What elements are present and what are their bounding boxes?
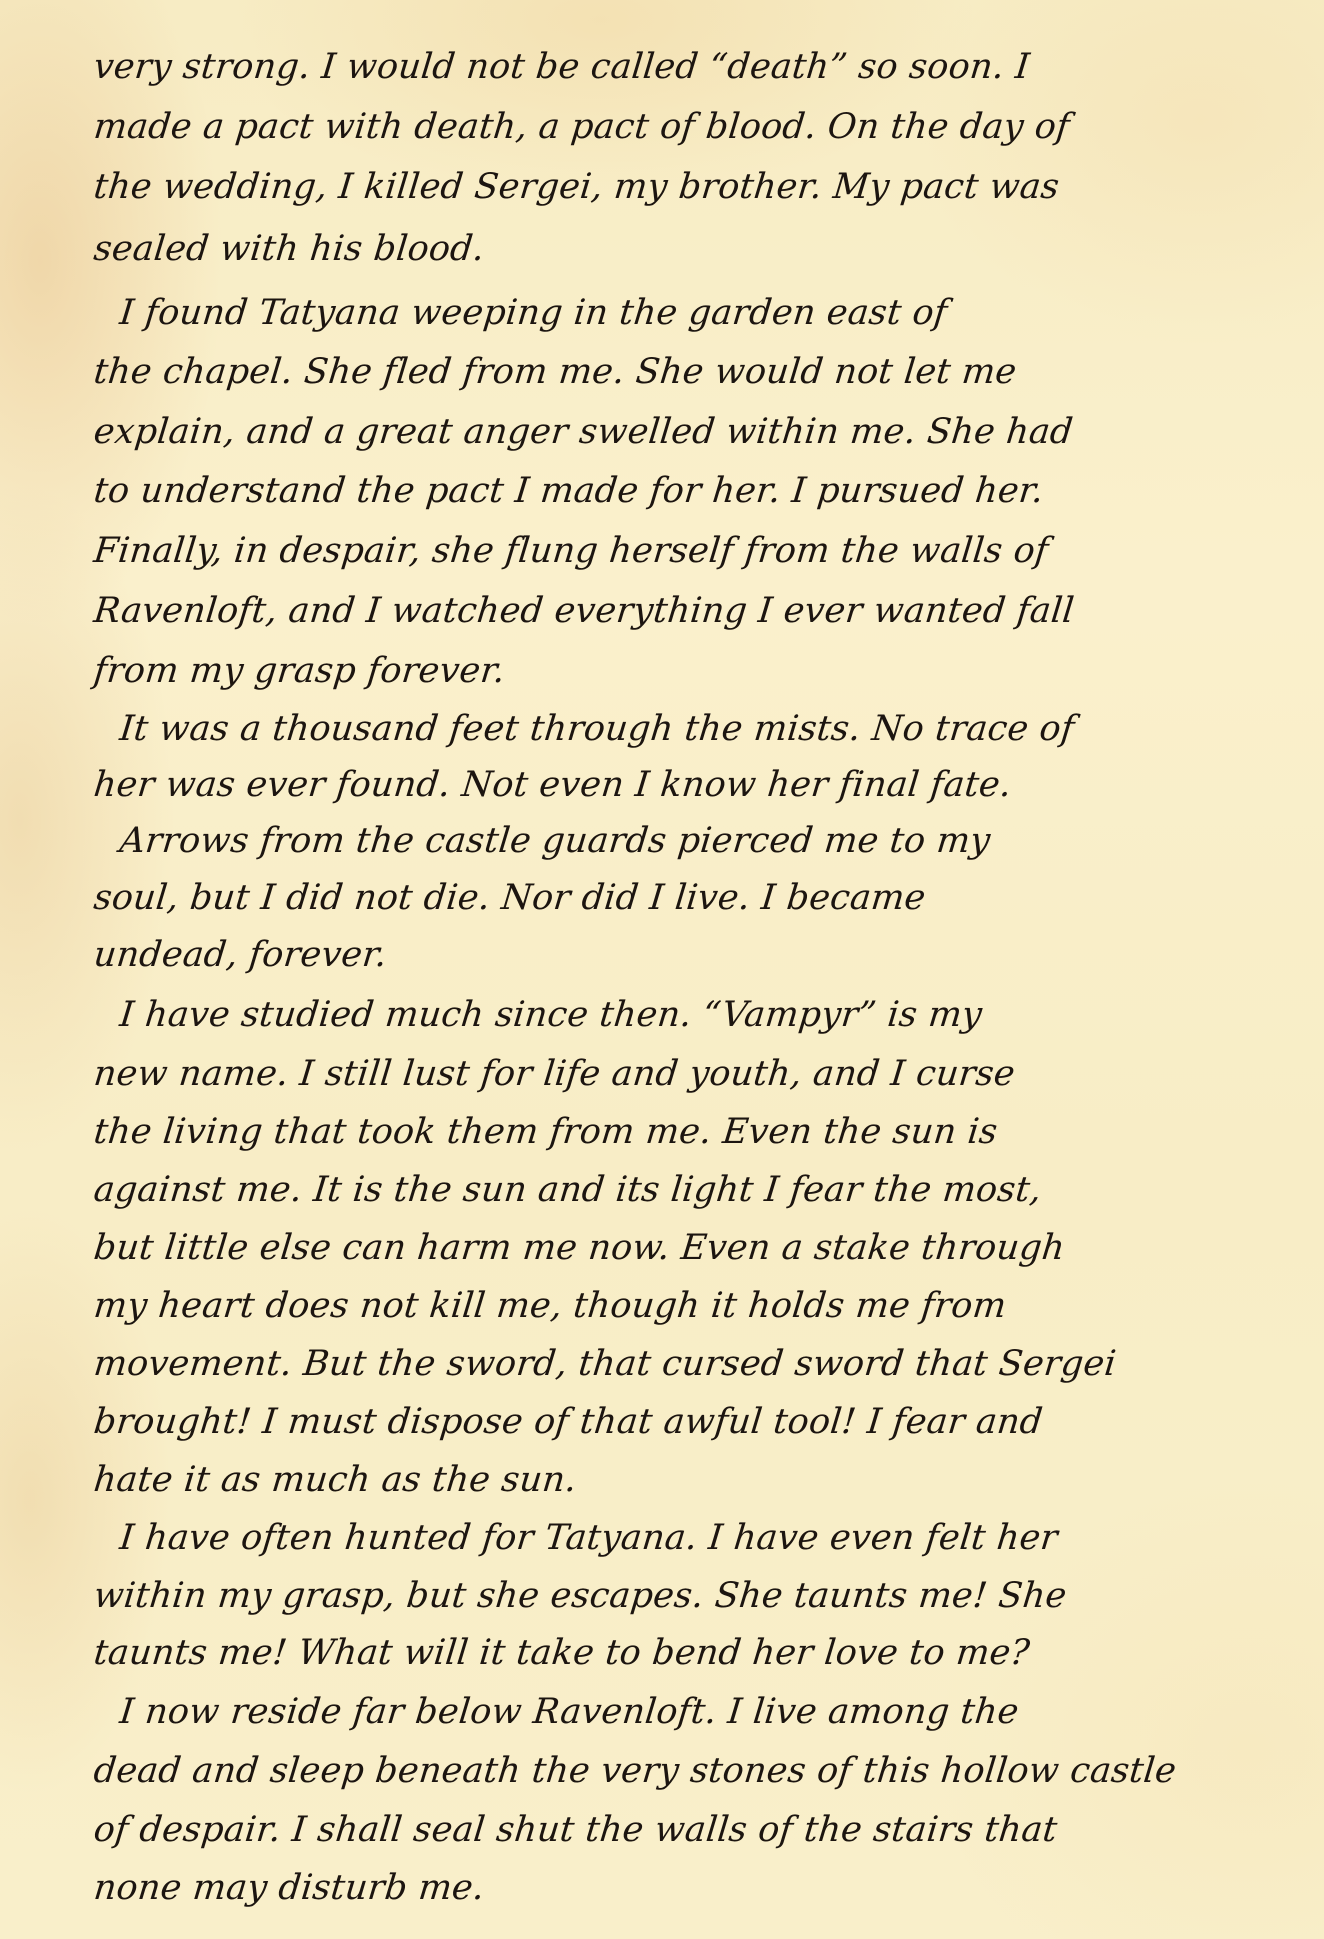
letter-line: new name. I still lust for life and yout… bbox=[92, 1057, 1017, 1092]
letter-line: the living that took them from me. Even … bbox=[92, 1115, 999, 1150]
letter-line: I now reside far below Ravenloft. I live… bbox=[118, 1695, 1020, 1730]
letter-line: none may disturb me. bbox=[92, 1871, 486, 1906]
letter-line: against me. It is the sun and its light … bbox=[92, 1173, 1043, 1208]
letter-line: Arrows from the castle guards pierced me… bbox=[118, 824, 992, 859]
letter-line: movement. But the sword, that cursed swo… bbox=[92, 1347, 1118, 1382]
letter-line: from my grasp forever. bbox=[92, 654, 507, 689]
letter-line: but little else can harm me now. Even a … bbox=[92, 1231, 1066, 1266]
letter-line: the wedding, I killed Sergei, my brother… bbox=[92, 170, 1061, 205]
letter-line: I have often hunted for Tatyana. I have … bbox=[118, 1521, 1059, 1556]
letter-line: Finally, in despair, she flung herself f… bbox=[92, 534, 1050, 569]
letter-line: soul, but I did not die. Nor did I live.… bbox=[92, 881, 927, 916]
letter-line: to understand the pact I made for her. I… bbox=[92, 474, 1045, 509]
letter-line: I found Tatyana weeping in the garden ea… bbox=[118, 296, 949, 331]
letter-line: Ravenloft, and I watched everything I ev… bbox=[92, 594, 1076, 629]
letter-line: made a pact with death, a pact of blood.… bbox=[92, 110, 1071, 145]
letter-line: taunts me! What will it take to bend her… bbox=[92, 1636, 1031, 1671]
letter-line: the chapel. She fled from me. She would … bbox=[92, 355, 1018, 390]
letter-line: undead, forever. bbox=[92, 938, 389, 973]
letter-line: explain, and a great anger swelled withi… bbox=[92, 415, 1075, 450]
letter-line: I have studied much since then. “Vampyr”… bbox=[118, 998, 984, 1033]
letter-line: my heart does not kill me, though it hol… bbox=[92, 1289, 1008, 1324]
letter-line: It was a thousand feet through the mists… bbox=[118, 712, 1076, 747]
letter-line: within my grasp, but she escapes. She ta… bbox=[92, 1579, 1068, 1614]
letter-line: brought! I must dispose of that awful to… bbox=[92, 1405, 1044, 1440]
parchment-letter: very strong. I would not be called “deat… bbox=[0, 0, 1324, 1939]
letter-line: dead and sleep beneath the very stones o… bbox=[92, 1754, 1178, 1789]
letter-line: very strong. I would not be called “deat… bbox=[92, 50, 1031, 85]
letter-line: her was ever found. Not even I know her … bbox=[92, 768, 1013, 803]
letter-line: of despair. I shall seal shut the walls … bbox=[92, 1813, 1059, 1848]
letter-line: hate it as much as the sun. bbox=[92, 1463, 578, 1498]
letter-line: sealed with his blood. bbox=[92, 232, 486, 267]
